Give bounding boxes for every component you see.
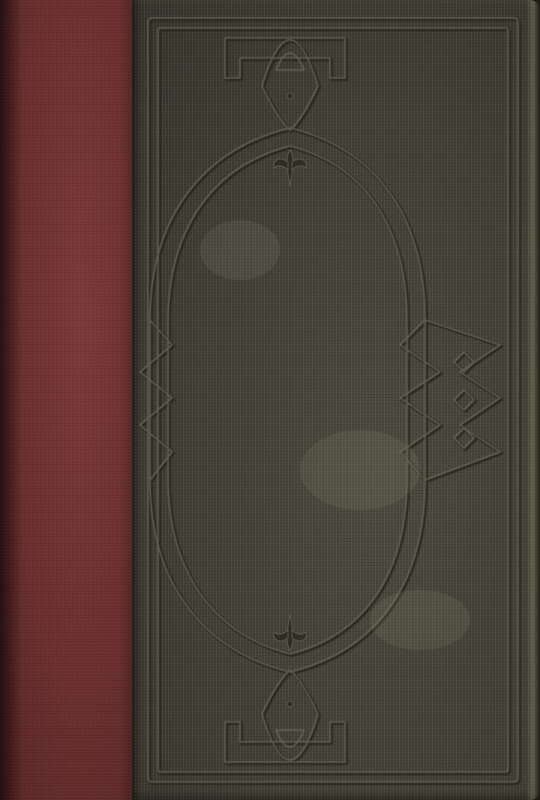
book-cover (0, 0, 540, 800)
central-oval (150, 128, 425, 672)
bottom-dot (287, 701, 293, 707)
embossed-ornament (0, 0, 540, 800)
top-fleur-de-lis (274, 150, 307, 186)
bottom-fleur-de-lis (274, 614, 307, 650)
top-dot (287, 93, 293, 99)
outer-border (150, 20, 520, 784)
